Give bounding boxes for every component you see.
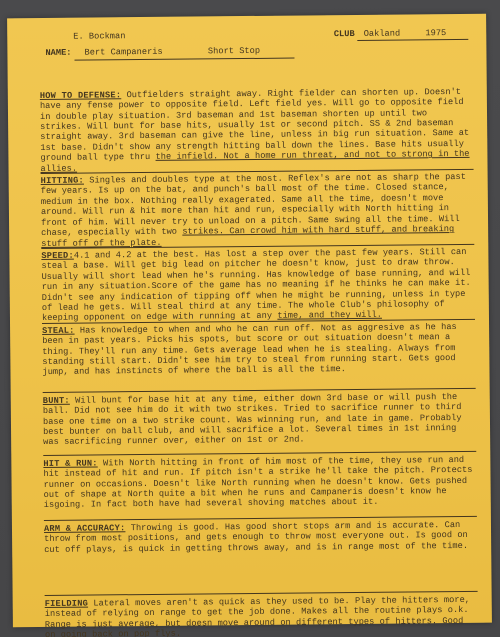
section-paragraph: FIELDING Lateral moves aren't as quick a… bbox=[45, 595, 478, 637]
section-text: Will bunt for base hit at any time, eith… bbox=[43, 392, 462, 448]
report-section: FIELDING Lateral moves aren't as quick a… bbox=[45, 595, 478, 637]
section-paragraph: STEAL: Has knowledge to when and who he … bbox=[42, 322, 475, 378]
club-year: 1975 bbox=[425, 28, 446, 38]
section-heading: STEAL: bbox=[42, 325, 75, 335]
section-paragraph: SPEED:4.1 and 4.2 at the best. Has lost … bbox=[41, 247, 475, 324]
club-label: CLUB bbox=[334, 29, 355, 40]
section-paragraph: HOW TO DEFENSE: Outfielders straight awa… bbox=[40, 87, 474, 174]
player-position: Short Stop bbox=[208, 46, 260, 57]
scout-name: E. Bockman bbox=[73, 31, 125, 42]
photo-frame-background: E. Bockman CLUB Oakland 1975 NAME: Bert … bbox=[0, 0, 500, 637]
section-heading: FIELDING bbox=[45, 599, 88, 609]
section-heading: BUNT: bbox=[43, 396, 70, 406]
header-row-2: NAME: Bert Campaneris Short Stop bbox=[39, 44, 470, 61]
section-text: Has knowledge to when and who he can run… bbox=[42, 322, 457, 378]
section-text: 4.1 and 4.2 at the best. Has lost a step… bbox=[41, 247, 470, 324]
name-underline: Bert Campaneris Short Stop bbox=[74, 46, 294, 61]
section-paragraph: BUNT: Will bunt for base hit at any time… bbox=[43, 392, 476, 448]
club-value: Oakland bbox=[364, 29, 401, 39]
report-header: E. Bockman CLUB Oakland 1975 NAME: Bert … bbox=[39, 28, 470, 61]
section-heading: HITTING: bbox=[41, 176, 84, 186]
section-paragraph: HIT & RUN: With North hitting in front o… bbox=[43, 455, 476, 511]
section-heading: ARM & ACCURACY: bbox=[44, 523, 125, 534]
report-section: HIT & RUN: With North hitting in front o… bbox=[43, 455, 477, 521]
report-section: STEAL: Has knowledge to when and who he … bbox=[42, 322, 476, 393]
report-section: ARM & ACCURACY: Throwing is good. Has go… bbox=[44, 520, 478, 596]
club-field: CLUB Oakland 1975 bbox=[334, 28, 469, 42]
section-paragraph: ARM & ACCURACY: Throwing is good. Has go… bbox=[44, 520, 477, 555]
scouting-report-paper: E. Bockman CLUB Oakland 1975 NAME: Bert … bbox=[7, 14, 492, 628]
section-text: Lateral moves aren't as quick as they us… bbox=[45, 595, 470, 637]
section-paragraph: HITTING: Singles and doubles type at the… bbox=[41, 172, 475, 249]
player-name: Bert Campaneris bbox=[84, 47, 162, 58]
underlined-text: time, and they will. bbox=[277, 310, 382, 321]
name-label: NAME: bbox=[45, 48, 71, 59]
report-section: SPEED:4.1 and 4.2 at the best. Has lost … bbox=[41, 247, 475, 324]
section-heading: HIT & RUN: bbox=[43, 458, 97, 469]
section-heading: HOW TO DEFENSE: bbox=[40, 90, 121, 101]
section-heading: SPEED: bbox=[41, 251, 74, 261]
report-section: BUNT: Will bunt for base hit at any time… bbox=[43, 392, 477, 456]
report-section: HITTING: Singles and doubles type at the… bbox=[41, 172, 475, 249]
club-underline: Oakland 1975 bbox=[358, 28, 469, 41]
header-row-1: E. Bockman CLUB Oakland 1975 bbox=[39, 28, 470, 45]
section-text: With North hitting in front of him most … bbox=[43, 455, 472, 511]
report-section: HOW TO DEFENSE: Outfielders straight awa… bbox=[40, 87, 474, 174]
report-body: HOW TO DEFENSE: Outfielders straight awa… bbox=[40, 87, 478, 637]
